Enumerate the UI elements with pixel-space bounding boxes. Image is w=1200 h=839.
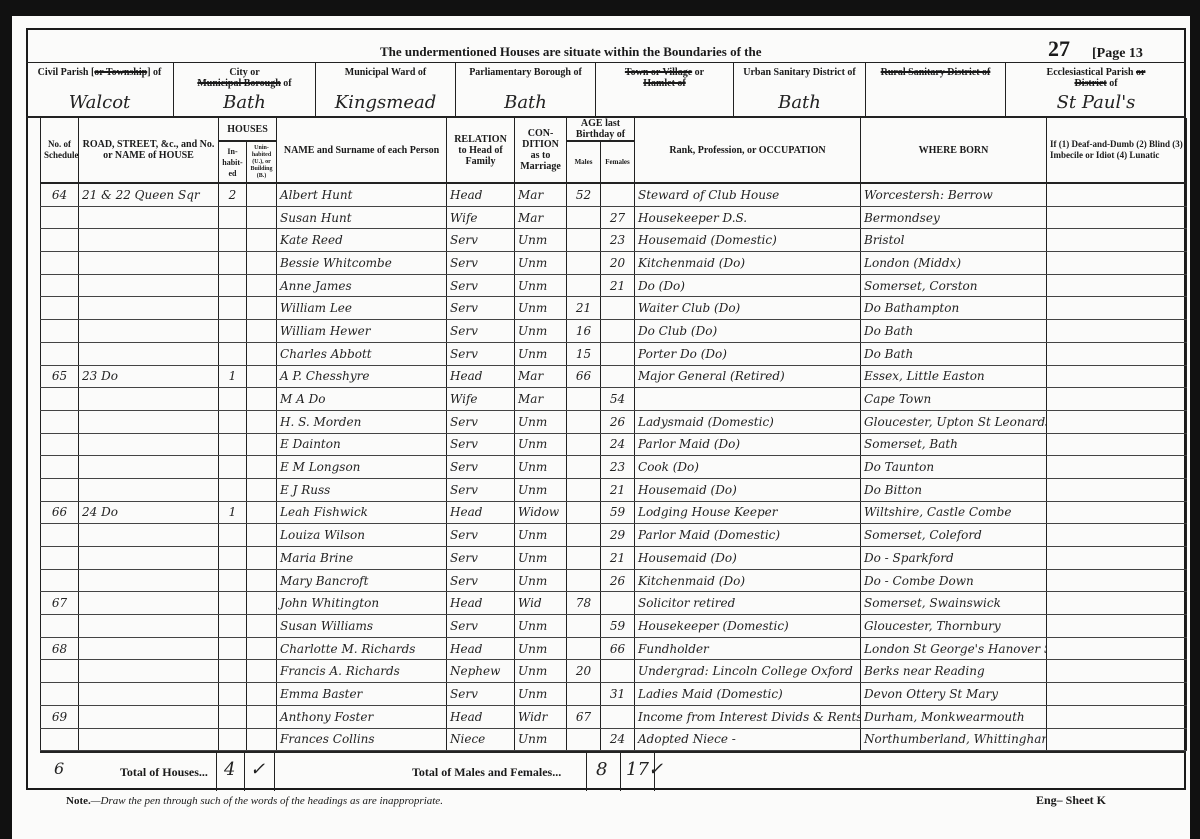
col-females: Females [601, 141, 635, 183]
schedule-number [41, 456, 79, 479]
age-male [567, 547, 601, 570]
age-male: 16 [567, 320, 601, 343]
town-village-label: Town or Village orHamlet of [596, 67, 733, 89]
inhabited-count: 1 [219, 365, 247, 388]
uninhabited-count [247, 501, 277, 524]
marital-condition: Unm [515, 615, 567, 638]
uninhabited-count [247, 320, 277, 343]
infirmity [1047, 206, 1187, 229]
person-name: Susan Williams [277, 615, 447, 638]
person-name: Francis A. Richards [277, 660, 447, 683]
col-infirmity: If (1) Deaf-and-Dumb (2) Blind (3) Imbec… [1047, 118, 1187, 183]
marital-condition: Unm [515, 728, 567, 751]
rural-sanitary-label: Rural Sanitary District of [866, 67, 1005, 78]
schedule-number [41, 229, 79, 252]
age-male: 20 [567, 660, 601, 683]
schedule-number [41, 274, 79, 297]
table-row: E M LongsonServUnm23Cook (Do)Do Taunton [41, 456, 1187, 479]
inhabited-count [219, 274, 247, 297]
road-address [79, 388, 219, 411]
age-female: 24 [601, 433, 635, 456]
relation: Niece [447, 728, 515, 751]
relation: Wife [447, 206, 515, 229]
relation: Serv [447, 320, 515, 343]
table-row: Anne JamesServUnm21Do (Do)Somerset, Cors… [41, 274, 1187, 297]
inhabited-count [219, 705, 247, 728]
inhabited-count: 1 [219, 501, 247, 524]
person-name: William Lee [277, 297, 447, 320]
inhabited-count [219, 683, 247, 706]
table-row: William HewerServUnm16Do Club (Do)Do Bat… [41, 320, 1187, 343]
marital-condition: Unm [515, 637, 567, 660]
divider [274, 753, 275, 791]
uninhabited-count [247, 683, 277, 706]
uninhabited-count [247, 478, 277, 501]
birthplace: Cape Town [861, 388, 1047, 411]
col-houses: HOUSES [219, 118, 277, 141]
schedule-number [41, 388, 79, 411]
person-name: Louiza Wilson [277, 524, 447, 547]
infirmity [1047, 637, 1187, 660]
person-name: E Dainton [277, 433, 447, 456]
relation: Serv [447, 569, 515, 592]
birthplace: Do Bath [861, 342, 1047, 365]
municipal-borough-value: Bath [174, 92, 315, 113]
age-male [567, 456, 601, 479]
age-male [567, 206, 601, 229]
inhabited-count [219, 660, 247, 683]
relation: Head [447, 637, 515, 660]
total-persons-check: ✓ [648, 759, 663, 780]
col-schedule: No. of Schedule [41, 118, 79, 183]
uninhabited-count [247, 342, 277, 365]
note-text: —Draw the pen through such of the words … [91, 795, 443, 807]
schedule-number [41, 410, 79, 433]
age-female [601, 320, 635, 343]
relation: Serv [447, 410, 515, 433]
age-female: 24 [601, 728, 635, 751]
infirmity [1047, 478, 1187, 501]
ecclesiastical-parish-value: St Paul's [1006, 92, 1186, 113]
schedule-number: 69 [41, 705, 79, 728]
uninhabited-count [247, 547, 277, 570]
relation: Serv [447, 524, 515, 547]
sheet-label: Eng– Sheet K [1036, 793, 1106, 808]
marital-condition: Unm [515, 547, 567, 570]
road-address [79, 478, 219, 501]
uninhabited-count [247, 274, 277, 297]
occupation: Housekeeper D.S. [635, 206, 861, 229]
uninhabited-count [247, 297, 277, 320]
person-name: E J Russ [277, 478, 447, 501]
schedule-number [41, 728, 79, 751]
person-name: Bessie Whitcombe [277, 252, 447, 275]
schedule-number [41, 342, 79, 365]
relation: Serv [447, 229, 515, 252]
municipal-borough-box: City orMunicipal Borough of Bath [174, 63, 316, 116]
inhabited-count [219, 547, 247, 570]
marital-condition: Mar [515, 183, 567, 206]
total-houses-value: 4 [224, 759, 235, 780]
infirmity [1047, 229, 1187, 252]
schedule-number [41, 683, 79, 706]
schedule-number [41, 320, 79, 343]
person-name: Susan Hunt [277, 206, 447, 229]
table-row: Maria BrineServUnm21Housemaid (Do)Do - S… [41, 547, 1187, 570]
occupation: Kitchenmaid (Do) [635, 252, 861, 275]
relation: Serv [447, 683, 515, 706]
marital-condition: Unm [515, 524, 567, 547]
age-male: 21 [567, 297, 601, 320]
occupation: Fundholder [635, 637, 861, 660]
uninhabited-count [247, 615, 277, 638]
inhabited-count [219, 456, 247, 479]
marital-condition: Widr [515, 705, 567, 728]
inhabited-count [219, 615, 247, 638]
road-address: 23 Do [79, 365, 219, 388]
col-condition: CON-DITION as to Marriage [515, 118, 567, 183]
civil-parish-value: Walcot [26, 92, 173, 113]
marital-condition: Unm [515, 274, 567, 297]
relation: Head [447, 365, 515, 388]
uninhabited-count [247, 410, 277, 433]
birthplace: Bermondsey [861, 206, 1047, 229]
occupation: Undergrad: Lincoln College Oxford [635, 660, 861, 683]
relation: Head [447, 705, 515, 728]
uninhabited-count [247, 728, 277, 751]
inhabited-count: 2 [219, 183, 247, 206]
birthplace: Somerset, Corston [861, 274, 1047, 297]
inhabited-count [219, 478, 247, 501]
road-address [79, 569, 219, 592]
total-schedules: 6 [54, 759, 64, 778]
birthplace: Do - Sparkford [861, 547, 1047, 570]
marital-condition: Unm [515, 229, 567, 252]
road-address [79, 206, 219, 229]
age-male [567, 524, 601, 547]
col-inhabited: In-habit-ed [219, 141, 247, 183]
occupation: Housemaid (Do) [635, 547, 861, 570]
col-uninhabited: Unin-habited (U.), or Building (B.) [247, 141, 277, 183]
infirmity [1047, 183, 1187, 206]
infirmity [1047, 433, 1187, 456]
age-female [601, 365, 635, 388]
infirmity [1047, 388, 1187, 411]
age-male [567, 478, 601, 501]
table-row: E J RussServUnm21Housemaid (Do)Do Bitton [41, 478, 1187, 501]
occupation: Porter Do (Do) [635, 342, 861, 365]
table-row: 68Charlotte M. RichardsHeadUnm66Fundhold… [41, 637, 1187, 660]
age-male [567, 274, 601, 297]
person-name: H. S. Morden [277, 410, 447, 433]
parliamentary-borough-box: Parliamentary Borough of Bath [456, 63, 596, 116]
divider [244, 753, 245, 791]
municipal-borough-label: City orMunicipal Borough of [174, 67, 315, 89]
marital-condition: Unm [515, 297, 567, 320]
divider [620, 753, 621, 791]
age-female: 31 [601, 683, 635, 706]
age-female: 59 [601, 615, 635, 638]
infirmity [1047, 501, 1187, 524]
road-address [79, 705, 219, 728]
uninhabited-count [247, 433, 277, 456]
birthplace: Somerset, Swainswick [861, 592, 1047, 615]
infirmity [1047, 547, 1187, 570]
inhabited-count [219, 320, 247, 343]
table-row: Mary BancroftServUnm26Kitchenmaid (Do)Do… [41, 569, 1187, 592]
table-row: Louiza WilsonServUnm29Parlor Maid (Domes… [41, 524, 1187, 547]
schedule-number [41, 206, 79, 229]
relation: Serv [447, 252, 515, 275]
schedule-number [41, 297, 79, 320]
birthplace: Do Bathampton [861, 297, 1047, 320]
civil-parish-label: Civil Parish [or Township] of [26, 67, 173, 78]
divider [654, 753, 655, 791]
occupation: Solicitor retired [635, 592, 861, 615]
total-females: 17 [626, 759, 649, 780]
town-village-box: Town or Village orHamlet of [596, 63, 734, 116]
person-name: E M Longson [277, 456, 447, 479]
birthplace: Northumberland, Whittingham [861, 728, 1047, 751]
divider [216, 753, 217, 791]
uninhabited-count [247, 388, 277, 411]
table-row: Susan HuntWifeMar27Housekeeper D.S.Bermo… [41, 206, 1187, 229]
age-female: 21 [601, 274, 635, 297]
road-address [79, 274, 219, 297]
occupation: Do Club (Do) [635, 320, 861, 343]
occupation [635, 388, 861, 411]
municipal-ward-label: Municipal Ward of [316, 67, 455, 78]
age-female [601, 297, 635, 320]
infirmity [1047, 524, 1187, 547]
road-address [79, 456, 219, 479]
urban-sanitary-label: Urban Sanitary District of [734, 67, 865, 78]
marital-condition: Unm [515, 252, 567, 275]
table-row: Charles AbbottServUnm15Porter Do (Do)Do … [41, 342, 1187, 365]
relation: Head [447, 592, 515, 615]
road-address: 24 Do [79, 501, 219, 524]
marital-condition: Unm [515, 342, 567, 365]
uninhabited-count [247, 569, 277, 592]
census-table: No. of Schedule ROAD, STREET, &c., and N… [40, 118, 1187, 751]
age-male [567, 683, 601, 706]
schedule-number [41, 433, 79, 456]
inhabited-count [219, 569, 247, 592]
road-address [79, 410, 219, 433]
total-males: 8 [596, 759, 607, 780]
birthplace: Wiltshire, Castle Combe [861, 501, 1047, 524]
table-row: Frances CollinsNieceUnm24Adopted Niece -… [41, 728, 1187, 751]
age-female: 59 [601, 501, 635, 524]
person-name: Kate Reed [277, 229, 447, 252]
col-born: WHERE BORN [861, 118, 1047, 183]
infirmity [1047, 615, 1187, 638]
table-row: H. S. MordenServUnm26Ladysmaid (Domestic… [41, 410, 1187, 433]
schedule-number [41, 478, 79, 501]
person-name: Charlotte M. Richards [277, 637, 447, 660]
uninhabited-count [247, 637, 277, 660]
relation: Serv [447, 478, 515, 501]
marital-condition: Mar [515, 206, 567, 229]
civil-parish-box: Civil Parish [or Township] of Walcot [26, 63, 174, 116]
birthplace: Do Bitton [861, 478, 1047, 501]
table-row: E DaintonServUnm24Parlor Maid (Do)Somers… [41, 433, 1187, 456]
census-rows: 6421 & 22 Queen Sqr2Albert HuntHeadMar52… [41, 183, 1187, 751]
age-female: 23 [601, 229, 635, 252]
inhabited-count [219, 433, 247, 456]
relation: Serv [447, 433, 515, 456]
occupation: Waiter Club (Do) [635, 297, 861, 320]
road-address [79, 547, 219, 570]
infirmity [1047, 365, 1187, 388]
birthplace: London (Middx) [861, 252, 1047, 275]
inhabited-count [219, 297, 247, 320]
birthplace: Do Taunton [861, 456, 1047, 479]
age-male [567, 615, 601, 638]
inhabited-count [219, 524, 247, 547]
col-name: NAME and Surname of each Person [277, 118, 447, 183]
infirmity [1047, 569, 1187, 592]
age-female: 21 [601, 547, 635, 570]
age-male [567, 410, 601, 433]
age-male [567, 252, 601, 275]
birthplace: Gloucester, Thornbury [861, 615, 1047, 638]
person-name: Emma Baster [277, 683, 447, 706]
age-female: 21 [601, 478, 635, 501]
table-row: Francis A. RichardsNephewUnm20Undergrad:… [41, 660, 1187, 683]
infirmity [1047, 342, 1187, 365]
table-row: Emma BasterServUnm31Ladies Maid (Domesti… [41, 683, 1187, 706]
person-name: Maria Brine [277, 547, 447, 570]
col-age: AGE last Birthday of [567, 118, 635, 141]
road-address [79, 660, 219, 683]
age-male: 66 [567, 365, 601, 388]
age-female: 26 [601, 569, 635, 592]
age-female [601, 342, 635, 365]
person-name: Leah Fishwick [277, 501, 447, 524]
marital-condition: Unm [515, 433, 567, 456]
age-male [567, 728, 601, 751]
relation: Nephew [447, 660, 515, 683]
age-male [567, 501, 601, 524]
road-address [79, 728, 219, 751]
birthplace: Berks near Reading [861, 660, 1047, 683]
uninhabited-count [247, 524, 277, 547]
occupation: Cook (Do) [635, 456, 861, 479]
birthplace: Gloucester, Upton St Leonards [861, 410, 1047, 433]
uninhabited-count [247, 229, 277, 252]
occupation: Housekeeper (Domestic) [635, 615, 861, 638]
footer-note: Note.—Draw the pen through such of the w… [66, 795, 443, 807]
age-male: 52 [567, 183, 601, 206]
birthplace: Bristol [861, 229, 1047, 252]
marital-condition: Unm [515, 478, 567, 501]
schedule-number [41, 569, 79, 592]
age-male: 15 [567, 342, 601, 365]
col-relation: RELATION to Head of Family [447, 118, 515, 183]
relation: Serv [447, 297, 515, 320]
occupation: Major General (Retired) [635, 365, 861, 388]
age-male [567, 388, 601, 411]
ecclesiastical-parish-box: Ecclesiastical Parish orDistrict of St P… [1006, 63, 1186, 116]
marital-condition: Unm [515, 569, 567, 592]
person-name: A P. Chesshyre [277, 365, 447, 388]
urban-sanitary-value: Bath [734, 92, 865, 113]
table-row: 67John WhitingtonHeadWid78Solicitor reti… [41, 592, 1187, 615]
inhabited-count [219, 229, 247, 252]
age-male [567, 569, 601, 592]
age-male [567, 229, 601, 252]
table-row: 6523 Do1A P. ChesshyreHeadMar66Major Gen… [41, 365, 1187, 388]
col-road: ROAD, STREET, &c., and No. or NAME of HO… [79, 118, 219, 183]
uninhabited-count [247, 365, 277, 388]
district-header: Civil Parish [or Township] of Walcot Cit… [26, 62, 1186, 118]
age-female: 54 [601, 388, 635, 411]
total-persons-label: Total of Males and Females... [412, 765, 561, 780]
road-address [79, 524, 219, 547]
marital-condition: Wid [515, 592, 567, 615]
age-female: 27 [601, 206, 635, 229]
age-female [601, 705, 635, 728]
relation: Wife [447, 388, 515, 411]
birthplace: Worcestersh: Berrow [861, 183, 1047, 206]
road-address [79, 683, 219, 706]
schedule-number: 64 [41, 183, 79, 206]
age-female: 20 [601, 252, 635, 275]
infirmity [1047, 274, 1187, 297]
municipal-ward-value: Kingsmead [316, 92, 455, 113]
infirmity [1047, 683, 1187, 706]
parliamentary-borough-value: Bath [456, 92, 595, 113]
road-address [79, 433, 219, 456]
infirmity [1047, 705, 1187, 728]
occupation: Parlor Maid (Domestic) [635, 524, 861, 547]
occupation: Steward of Club House [635, 183, 861, 206]
person-name: Anthony Foster [277, 705, 447, 728]
relation: Serv [447, 547, 515, 570]
table-row: William LeeServUnm21Waiter Club (Do)Do B… [41, 297, 1187, 320]
col-males: Males [567, 141, 601, 183]
person-name: Albert Hunt [277, 183, 447, 206]
schedule-number: 65 [41, 365, 79, 388]
person-name: M A Do [277, 388, 447, 411]
birthplace: London St George's Hanover Sq [861, 637, 1047, 660]
occupation: Ladies Maid (Domestic) [635, 683, 861, 706]
rural-sanitary-box: Rural Sanitary District of [866, 63, 1006, 116]
col-occupation: Rank, Profession, or OCCUPATION [635, 118, 861, 183]
marital-condition: Mar [515, 365, 567, 388]
marital-condition: Widow [515, 501, 567, 524]
marital-condition: Unm [515, 683, 567, 706]
total-houses-check: ✓ [250, 759, 265, 780]
schedule-number [41, 615, 79, 638]
age-female [601, 592, 635, 615]
occupation: Income from Interest Divids & Rents [635, 705, 861, 728]
ecclesiastical-parish-label: Ecclesiastical Parish orDistrict of [1006, 67, 1186, 89]
occupation: Ladysmaid (Domestic) [635, 410, 861, 433]
occupation: Do (Do) [635, 274, 861, 297]
table-row: Kate ReedServUnm23Housemaid (Domestic)Br… [41, 229, 1187, 252]
birthplace: Somerset, Bath [861, 433, 1047, 456]
uninhabited-count [247, 456, 277, 479]
road-address [79, 320, 219, 343]
birthplace: Durham, Monkwearmouth [861, 705, 1047, 728]
schedule-number [41, 660, 79, 683]
birthplace: Do Bath [861, 320, 1047, 343]
infirmity [1047, 456, 1187, 479]
age-female: 66 [601, 637, 635, 660]
infirmity [1047, 592, 1187, 615]
